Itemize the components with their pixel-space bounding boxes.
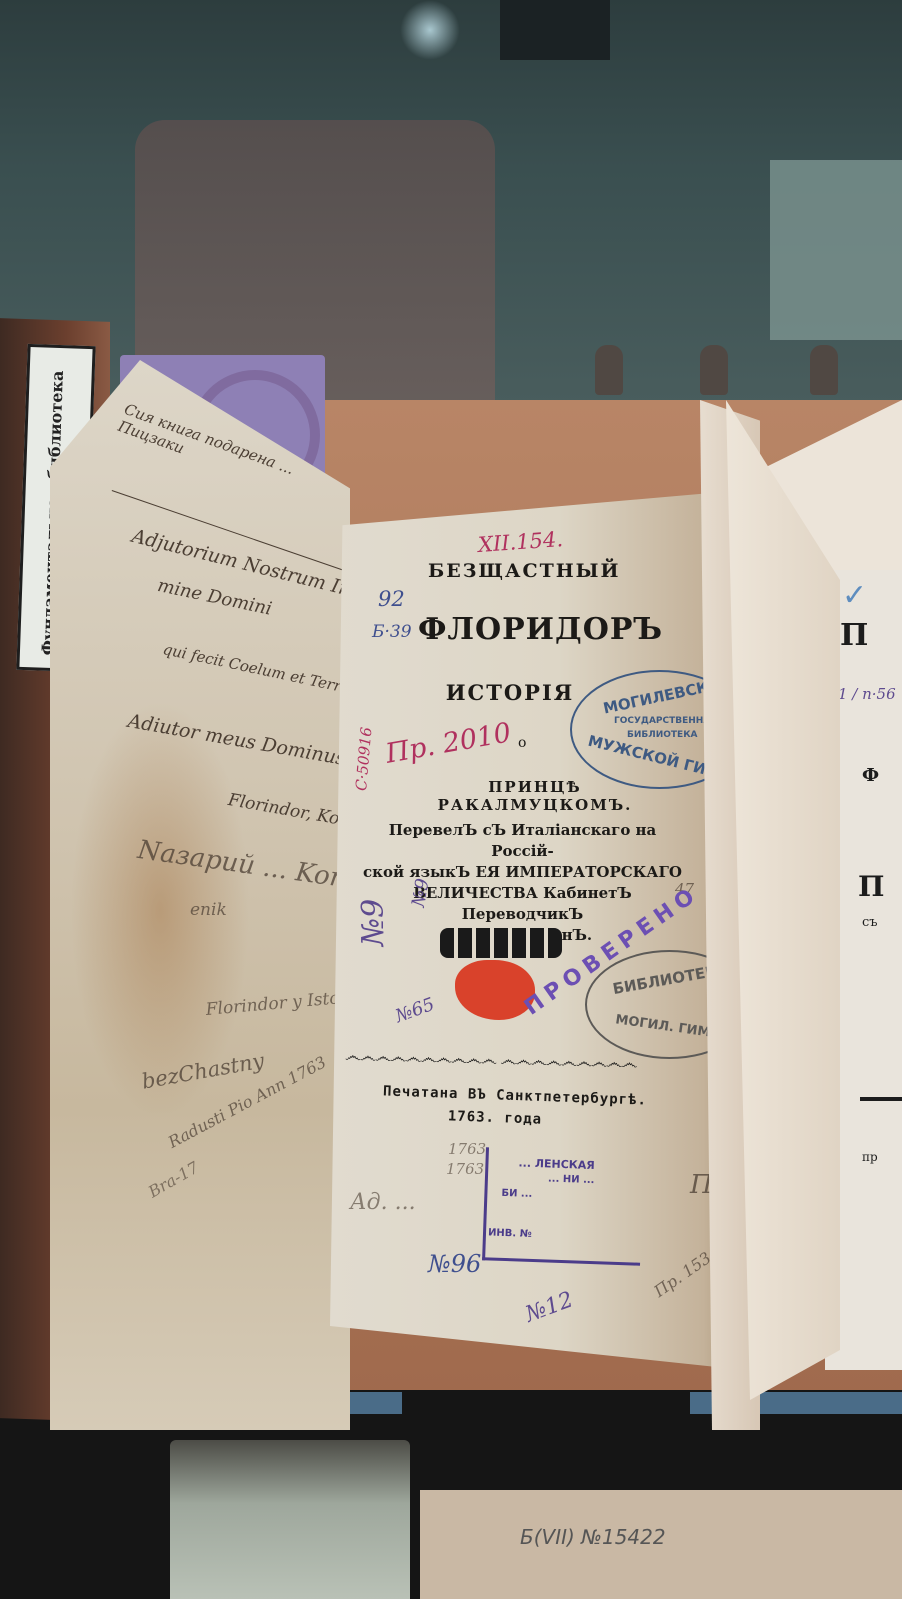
inscription: enik	[190, 900, 227, 920]
checkmark-icon: ✓	[842, 578, 867, 613]
next-page-fragment: съ	[862, 915, 878, 930]
title-line-1: БЕЗЩАСТНЫЙ	[428, 560, 618, 582]
dark-fixture	[500, 0, 610, 60]
book-below-grey	[170, 1440, 410, 1599]
next-page-letter: П	[858, 870, 884, 903]
ceiling-light	[400, 0, 460, 60]
figurine	[595, 345, 623, 395]
stamp-text: БИБЛИОТЕКА	[627, 730, 698, 740]
next-page-letter: П	[840, 618, 868, 653]
pencil-initials: Ад. ...	[350, 1190, 416, 1215]
translator-line: ской языкЪ ЕЯ ИМПЕРАТОРСКАГО	[355, 862, 690, 883]
pencil-year: 1763	[448, 1140, 486, 1158]
stamp-text: ... ЛЕНСКАЯ	[518, 1156, 595, 1172]
book-below-shelfmark: Б(VII) №15422	[520, 1525, 666, 1549]
stamp-text: ... НИ ...	[548, 1173, 595, 1186]
translator-line: ПеревелЪ сЪ Италіанскаго на Россій-	[355, 820, 690, 862]
stamp-text: ИНВ. №	[488, 1227, 532, 1240]
stamp-text: БИ ...	[501, 1188, 532, 1200]
figurine	[700, 345, 728, 395]
next-page-letter: Ф	[862, 765, 879, 786]
title-line-2: ФЛОРИДОРЪ	[418, 612, 648, 647]
title-line-3: ИСТОРІЯ	[435, 680, 585, 705]
inventory-stamp: ... ЛЕНСКАЯ ... НИ ... БИ ... ИНВ. №	[482, 1147, 644, 1265]
next-page-annotation: 1 / п·56	[838, 685, 896, 703]
number-annotation: 92	[378, 587, 405, 611]
title-line-4: о	[518, 735, 526, 751]
framed-picture-reflection	[770, 160, 902, 340]
next-page-fragment: пр	[862, 1150, 878, 1164]
stamp-text: ГОСУДАРСТВЕННАЯ	[614, 716, 717, 726]
number-annotation: №96	[428, 1250, 481, 1278]
scribble-annotation: №9	[356, 899, 391, 946]
next-page-rule	[860, 1097, 902, 1101]
code-annotation: Б·39	[372, 622, 412, 642]
figurine	[810, 345, 838, 395]
pencil-year: 1763	[446, 1160, 484, 1178]
ornamental-vignette	[440, 928, 562, 958]
